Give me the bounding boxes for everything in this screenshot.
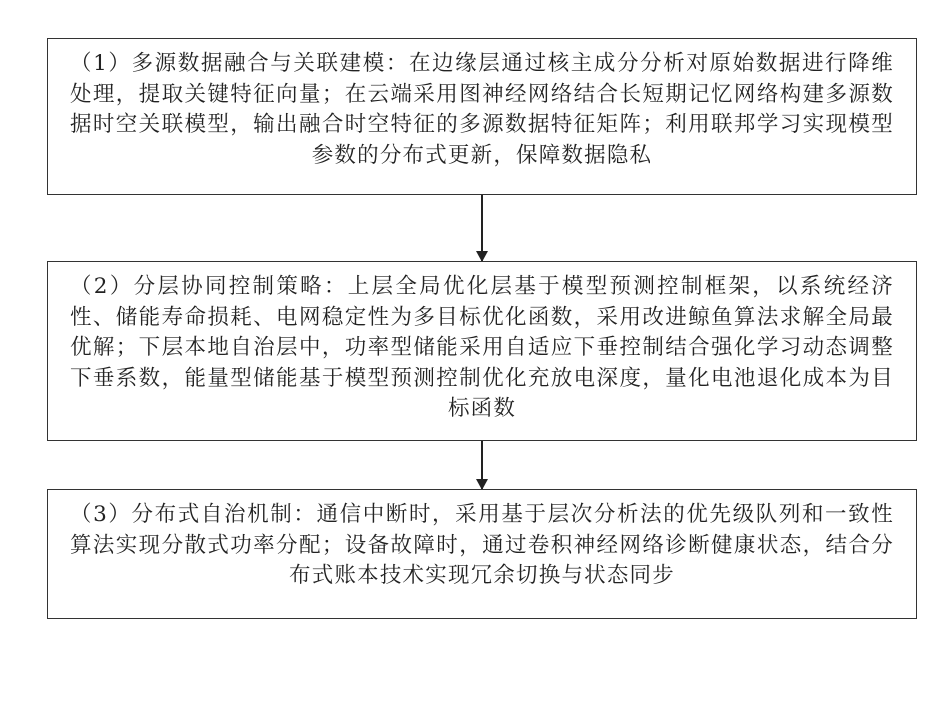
flow-step-2-box: （2）分层协同控制策略：上层全局优化层基于模型预测控制框架，以系统经济性、储能寿… xyxy=(47,261,917,441)
flow-step-1-text: （1）多源数据融合与关联建模：在边缘层通过核主成分分析对原始数据进行降维处理，提… xyxy=(48,39,916,171)
flow-step-3-box: （3）分布式自治机制：通信中断时，采用基于层次分析法的优先级队列和一致性算法实现… xyxy=(47,489,917,619)
flow-step-2-text: （2）分层协同控制策略：上层全局优化层基于模型预测控制框架，以系统经济性、储能寿… xyxy=(48,262,916,425)
flow-step-1-box: （1）多源数据融合与关联建模：在边缘层通过核主成分分析对原始数据进行降维处理，提… xyxy=(47,38,917,195)
arrow-down-icon xyxy=(481,441,483,489)
arrow-down-icon xyxy=(481,195,483,261)
flow-step-3-text: （3）分布式自治机制：通信中断时，采用基于层次分析法的优先级队列和一致性算法实现… xyxy=(48,490,916,592)
